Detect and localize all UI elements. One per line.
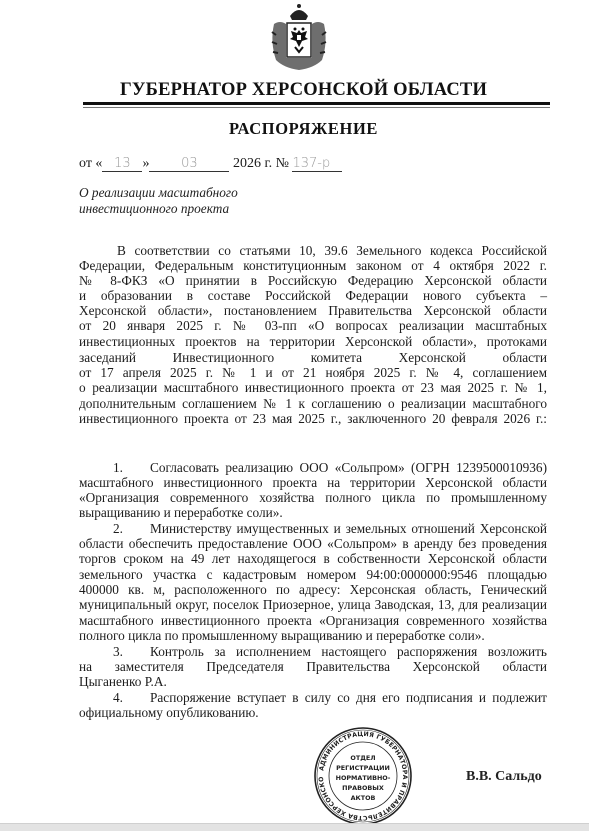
stamp-line: НОРМАТИВНО- [336, 774, 391, 782]
item-line: официальному опубликованию. [79, 705, 547, 720]
item-line: Согласовать реализацию ООО «Сольпром» (О… [150, 460, 547, 475]
item-number: 4. [113, 690, 150, 705]
preamble-line: Херсонской области», постановлением Прав… [79, 303, 547, 318]
item-line: Распоряжение вступает в силу со дня его … [150, 690, 547, 705]
item-line: Контроль за исполнением настоящего распо… [150, 644, 547, 659]
item-line: торгов сроком на 49 лет находящегося в с… [79, 551, 547, 566]
stamp-line: ПРАВОВЫХ [342, 784, 384, 792]
item-line: 400000 кв. м, расположенного по адресу: … [79, 582, 547, 597]
org-title: ГУБЕРНАТОР ХЕРСОНСКОЙ ОБЛАСТИ [0, 80, 589, 101]
signatory-name: В.В. Сальдо [466, 769, 542, 785]
date-number-line: от «13»03 2026 г. № 137-р [79, 156, 342, 172]
preamble-line: от 17 апреля 2025 г. № 1 и от 21 ноября … [79, 365, 547, 380]
preamble-line: дополнительным соглашением № 1 к соглаше… [79, 396, 547, 411]
registration-stamp: АДМИНИСТРАЦИЯ ГУБЕРНАТОРА И ПРАВИТЕЛЬСТВ… [313, 726, 413, 826]
item-number: 2. [113, 521, 150, 536]
stamp-line: ОТДЕЛ [350, 754, 375, 762]
item-line: выращиванию и переработке соли». [79, 505, 547, 520]
preamble-line: № 8-ФКЗ «О принятии в Российскую Федерац… [79, 273, 547, 288]
preamble-line: В соответствии со статьями 10, 39.6 Земе… [117, 243, 547, 258]
item-line: «Организация современного хозяйства полн… [79, 490, 547, 505]
document-subject: О реализации масштабного инвестиционного… [79, 185, 238, 217]
item-line: полного цикла по промышленному выращиван… [79, 628, 547, 643]
subject-line-2: инвестиционного проекта [79, 201, 238, 217]
stamp-line: АКТОВ [351, 794, 376, 802]
item-line: Цыганенко Р.А. [79, 674, 547, 689]
item-line: масштабного инвестиционного проекта на т… [79, 475, 547, 490]
date-year-label: 2026 г. № [233, 156, 289, 171]
preamble-line: от 20 января 2025 г. № 03-пп «О вопросах… [79, 318, 547, 333]
item-line: муниципальный округ, поселок Приозерное,… [79, 597, 547, 612]
item-number: 3. [113, 644, 150, 659]
preamble-line: о реализации масштабного инвестиционного… [79, 380, 547, 395]
date-day-field: 13 [102, 157, 142, 172]
document-number-field: 137-р [292, 157, 342, 172]
preamble-line: заседаний Инвестиционного комитета Херсо… [79, 350, 547, 365]
item-number: 1. [113, 460, 150, 475]
viewer-bottom-edge [0, 823, 589, 831]
item-line: на заместителя Председателя Правительств… [79, 659, 547, 674]
document-page: ГУБЕРНАТОР ХЕРСОНСКОЙ ОБЛАСТИ РАСПОРЯЖЕН… [0, 0, 589, 823]
date-month-field: 03 [149, 157, 229, 172]
item-line: Министерству имущественных и земельных о… [150, 521, 547, 536]
preamble-line: Федерации, Федеральным конституционным з… [79, 258, 547, 273]
preamble-line: и образовании в составе Российской Федер… [79, 288, 547, 303]
header-rule-thin [83, 107, 550, 108]
coat-of-arms-icon [268, 2, 330, 72]
document-type-heading: РАСПОРЯЖЕНИЕ [0, 119, 589, 139]
preamble-line: инвестиционного проекта от 23 мая 2025 г… [79, 411, 547, 426]
header-rule-thick [83, 102, 550, 105]
preamble-line: инвестиционных проектов на территории Хе… [79, 334, 547, 349]
date-prefix: от « [79, 156, 102, 171]
date-quote-close: » [142, 156, 149, 171]
stamp-line: РЕГИСТРАЦИИ [336, 764, 390, 772]
item-line: масштабного инвестиционного проекта «Орг… [79, 613, 547, 628]
subject-line-1: О реализации масштабного [79, 185, 238, 201]
item-line: области обеспечить предоставление ООО «С… [79, 536, 547, 551]
item-line: земельного участка с кадастровым номером… [79, 567, 547, 582]
